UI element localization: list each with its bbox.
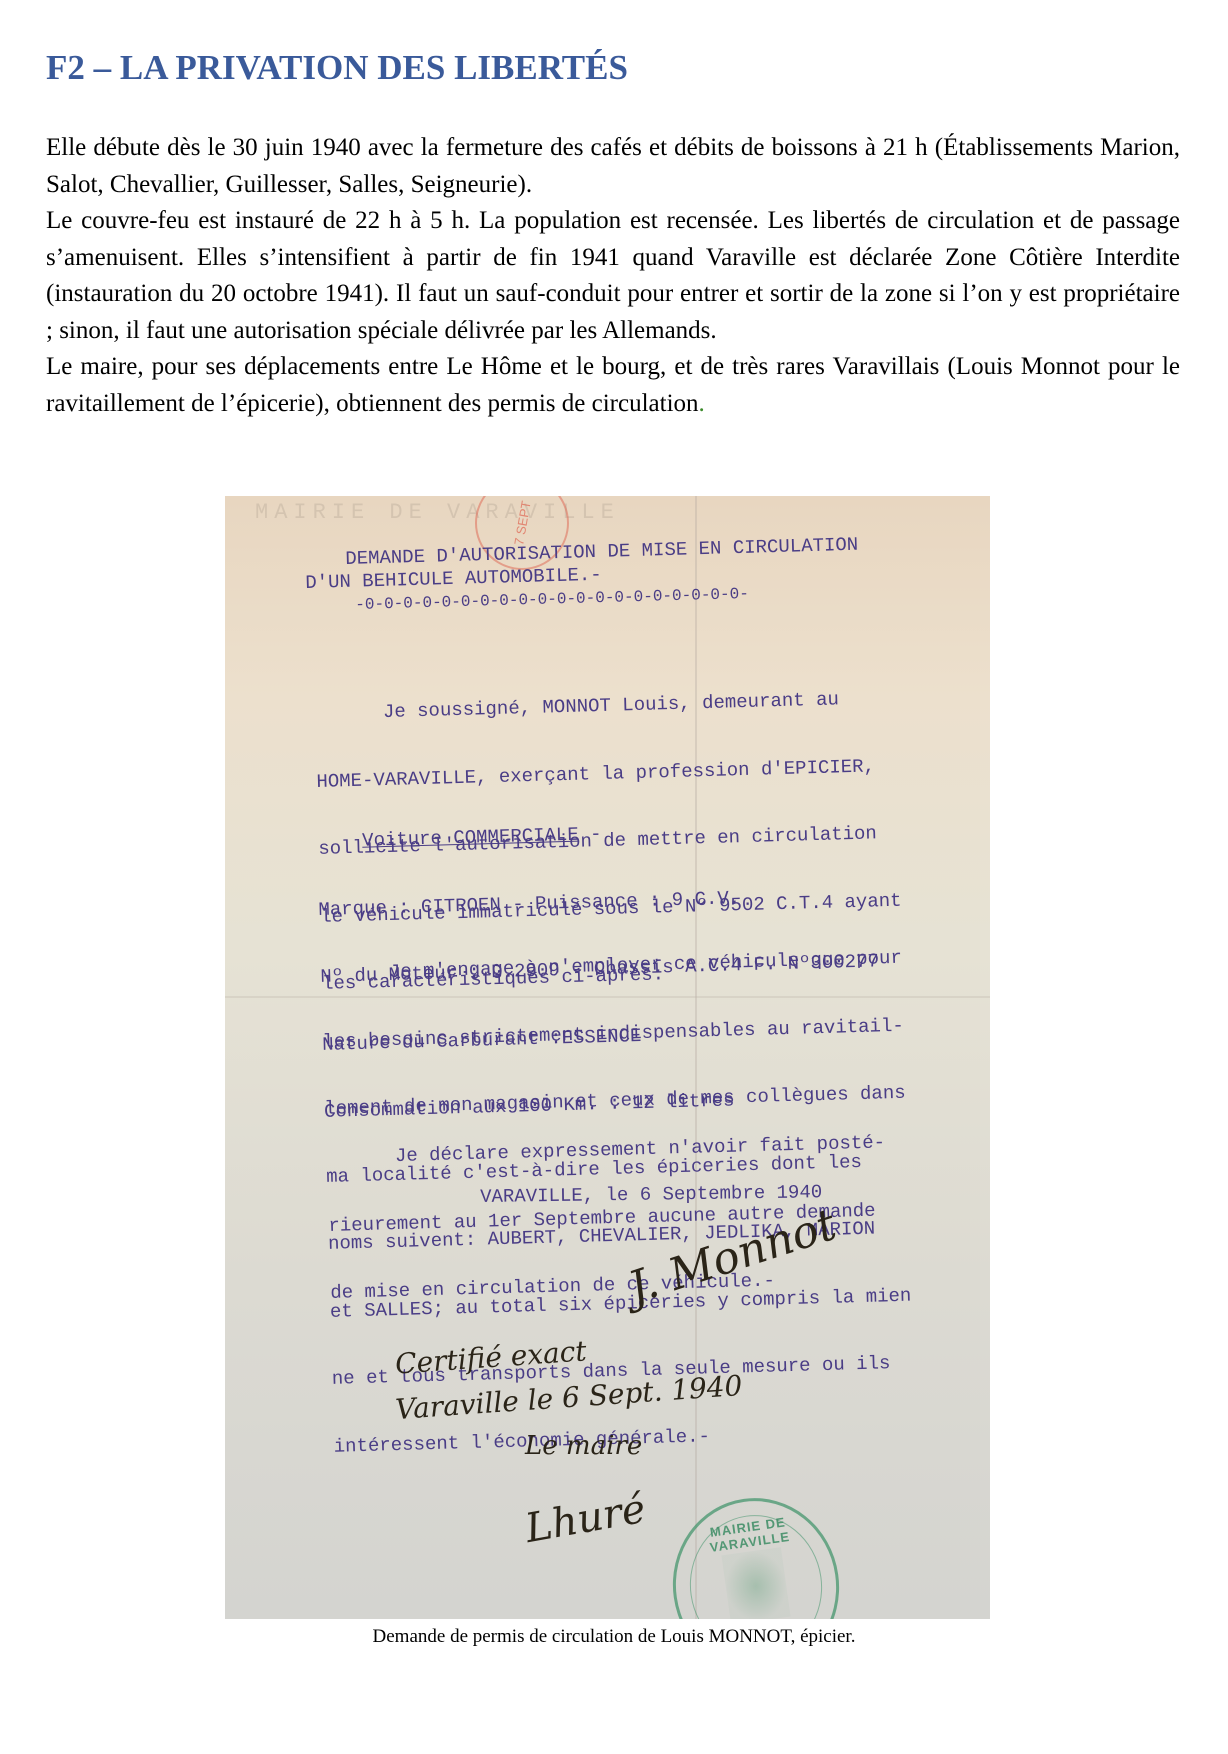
body-text: Elle débute dès le 30 juin 1940 avec la … (46, 130, 1180, 422)
vehicle-type-suffix: - (578, 823, 601, 846)
document-place-date: VARAVILLE, le 6 Septembre 1940 (480, 1181, 822, 1208)
document-photo: MAIRIE DE VARAVILLE 7 SEPT DEMANDE D'AUT… (225, 496, 990, 1619)
page-title: F2 – LA PRIVATION DES LIBERTÉS (46, 48, 628, 88)
typed-line: Je déclare expressement n'avoir fait pos… (326, 1131, 885, 1169)
document-heading-line1: DEMANDE D'AUTORISATION DE MISE EN CIRCUL… (345, 534, 859, 571)
typed-line: les besoins strictement indispensables a… (322, 1014, 904, 1053)
typed-line: Je m'engage à n'employer ce véhicule que… (320, 947, 902, 986)
paragraph-curfew-start: Elle débute dès le 30 juin 1940 avec la … (46, 130, 1180, 203)
certification-line3: Le maire (525, 1431, 642, 1461)
vehicle-type: Voiture COMMERCIALE (362, 824, 579, 852)
paragraph-permits: Le maire, pour ses déplacements entre Le… (46, 349, 1180, 422)
vehicle-type-line: Voiture COMMERCIALE - (316, 815, 875, 853)
typed-line: Je soussigné, MONNOT Louis, demeurant au (314, 687, 896, 726)
stamp-emblem-icon (721, 1547, 790, 1619)
photo-caption: Demande de permis de circulation de Loui… (0, 1626, 1228, 1648)
paragraph-permits-text: Le maire, pour ses déplacements entre Le… (46, 353, 1180, 417)
town-hall-stamp: MAIRIE DE VARAVILLE (Calvados) (662, 1487, 851, 1619)
paragraph-restrictions: Le couvre-feu est instauré de 22 h à 5 h… (46, 203, 1180, 349)
final-period: . (699, 390, 705, 417)
typed-line: de mise en circulation de ce véhicule.- (330, 1266, 889, 1304)
